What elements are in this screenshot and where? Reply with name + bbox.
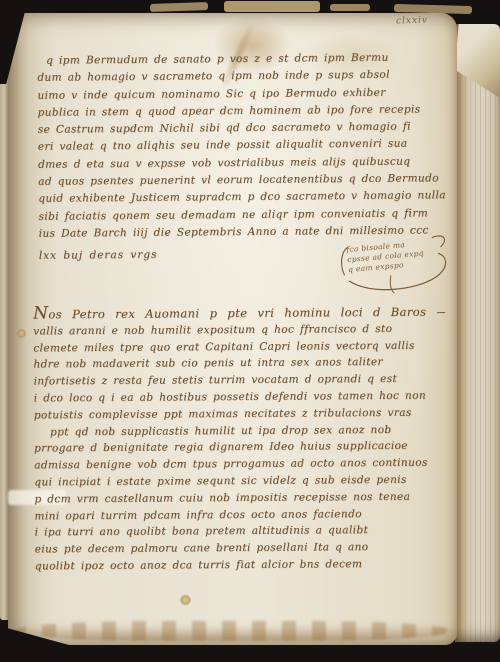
manuscript-line: quolibt ipoz octo anoz dca turris fiat a…	[35, 556, 447, 576]
stain-dot	[180, 595, 191, 605]
stain-dot	[17, 329, 26, 338]
manuscript-line: p dcm vrm castellanum cuiu nob impositis…	[34, 488, 446, 508]
manuscript-photo: clxxiv q ipm Bermudum de sanato p vos z …	[0, 0, 500, 662]
marginal-note: fca bisoale macpsse ad cola expqq eam ex…	[332, 230, 459, 302]
manuscript-line: clemete miles tpre quo erat Capitani Cap…	[33, 337, 445, 357]
parchment-debris	[224, 1, 320, 12]
text-block-top: q ipm Bermudum de sanato p vos z e st dc…	[37, 49, 447, 265]
parchment-debris	[150, 2, 208, 12]
stain-bottom-edge	[12, 621, 452, 641]
folio-number: clxxiv	[396, 15, 428, 26]
book-fore-edge	[455, 24, 500, 642]
binding-shadow-bottom	[0, 646, 500, 662]
text-block-main: Nos Petro rex Auomani p pte vri hominu l…	[33, 303, 447, 576]
manuscript-page: clxxiv q ipm Bermudum de sanato p vos z …	[8, 13, 457, 645]
parchment-debris	[330, 4, 370, 11]
